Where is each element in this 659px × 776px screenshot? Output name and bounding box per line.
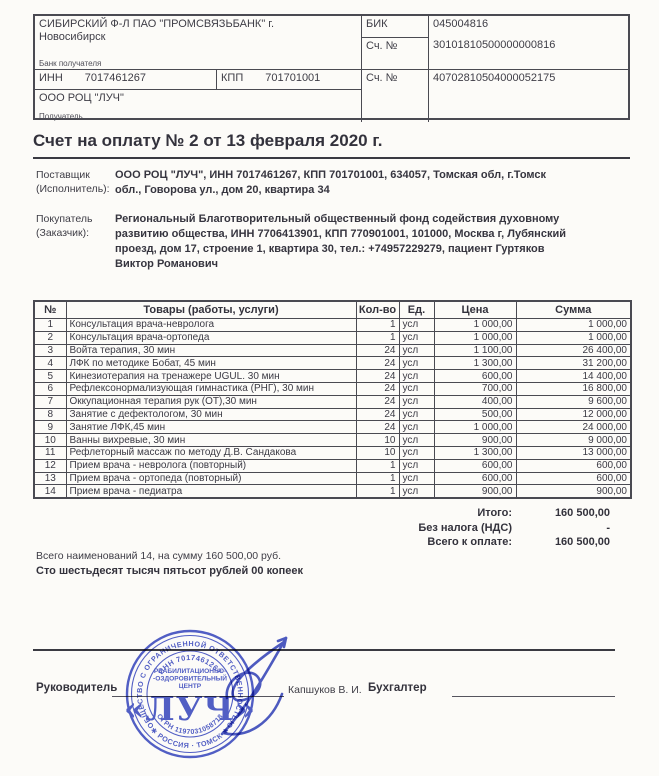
item-name-cell: Рефлексонормализующая гимнастика (РНГ), … <box>66 382 356 395</box>
item-number-cell: 4 <box>34 357 66 370</box>
item-number-cell: 8 <box>34 408 66 421</box>
item-sum-cell: 12 000,00 <box>516 408 631 421</box>
kpp-label: КПП <box>221 72 243 87</box>
supplier-label-line2: (Исполнитель): <box>36 182 115 196</box>
bank-name-cell: СИБИРСКИЙ Ф-Л ПАО "ПРОМСВЯЗЬБАНК" г. Нов… <box>35 16 362 70</box>
accountant-signature-line <box>452 696 615 697</box>
item-qty-cell: 24 <box>356 408 399 421</box>
item-name-cell: Оккупационная терапия рук (ОТ),30 мин <box>66 395 356 408</box>
item-qty-cell: 24 <box>356 370 399 383</box>
item-unit-cell: усл <box>399 395 434 408</box>
signature-strokes <box>222 638 286 734</box>
title-divider <box>33 157 630 159</box>
item-price-cell: 500,00 <box>434 408 516 421</box>
item-number-cell: 9 <box>34 421 66 434</box>
supplier-value-line: обл., Говорова ул., дом 20, квартира 34 <box>115 183 625 198</box>
item-sum-cell: 9 000,00 <box>516 434 631 447</box>
director-name: Капшуков В. И. <box>288 684 362 696</box>
item-row: 11Рефлеторный массаж по методу Д.В. Санд… <box>34 446 631 459</box>
item-price-cell: 700,00 <box>434 382 516 395</box>
tax-label: Без налога (НДС) <box>418 521 512 536</box>
buyer-value-line: развитию общества, ИНН 7706413901, КПП 7… <box>115 227 625 242</box>
item-name-cell: Войта терапия, 30 мин <box>66 344 356 357</box>
item-qty-cell: 24 <box>356 421 399 434</box>
item-name-cell: ЛФК по методике Бобат, 45 мин <box>66 357 356 370</box>
kpp-value: 701701001 <box>265 72 320 87</box>
inn-value: 7017461267 <box>85 72 146 87</box>
buyer-value-line: Виктор Романович <box>115 257 625 272</box>
item-number-cell: 11 <box>34 446 66 459</box>
item-price-cell: 900,00 <box>434 485 516 498</box>
item-number-cell: 14 <box>34 485 66 498</box>
item-unit-cell: усл <box>399 357 434 370</box>
item-number-cell: 2 <box>34 331 66 344</box>
item-sum-cell: 600,00 <box>516 472 631 485</box>
item-qty-cell: 1 <box>356 319 399 332</box>
buyer-label: Покупатель (Заказчик): <box>36 212 115 272</box>
item-number-cell: 13 <box>34 472 66 485</box>
item-unit-cell: усл <box>399 485 434 498</box>
item-row: 12Прием врача - невролога (повторный)1ус… <box>34 459 631 472</box>
item-price-cell: 1 100,00 <box>434 344 516 357</box>
item-sum-cell: 600,00 <box>516 459 631 472</box>
account-label: Сч. № <box>362 70 429 122</box>
item-row: 8Занятие с дефектологом, 30 мин24усл500,… <box>34 408 631 421</box>
item-name-cell: Рефлеторный массаж по методу Д.В. Сандак… <box>66 446 356 459</box>
supplier-section: Поставщик (Исполнитель): ООО РОЦ "ЛУЧ", … <box>36 168 625 198</box>
item-number-cell: 7 <box>34 395 66 408</box>
item-sum-cell: 900,00 <box>516 485 631 498</box>
item-qty-cell: 1 <box>356 459 399 472</box>
signature-divider <box>33 649 615 651</box>
bik-label: БИК <box>362 16 429 38</box>
total-row-tax: Без налога (НДС) - <box>418 521 610 536</box>
item-row: 3Войта терапия, 30 мин24усл1 100,0026 40… <box>34 344 631 357</box>
itogo-label: Итого: <box>477 506 512 521</box>
item-number-cell: 12 <box>34 459 66 472</box>
item-name-cell: Прием врача - невролога (повторный) <box>66 459 356 472</box>
bik-and-corr-account-values: 045004816 30101810500000000816 <box>429 16 628 70</box>
amount-in-words: Сто шестьдесят тысяч пятьсот рублей 00 к… <box>36 565 303 577</box>
buyer-label-line1: Покупатель <box>36 212 115 226</box>
bank-name-caption: Банк получателя <box>39 59 101 68</box>
director-label: Руководитель <box>36 682 117 694</box>
invoice-title: Счет на оплату № 2 от 13 февраля 2020 г. <box>33 131 382 151</box>
item-number-cell: 1 <box>34 319 66 332</box>
item-row: 1Консультация врача-невролога1усл1 000,0… <box>34 319 631 332</box>
supplier-value: ООО РОЦ "ЛУЧ", ИНН 7017461267, КПП 70170… <box>115 168 625 198</box>
item-unit-cell: усл <box>399 459 434 472</box>
accountant-label: Бухгалтер <box>368 682 427 694</box>
item-unit-cell: усл <box>399 434 434 447</box>
item-number-cell: 6 <box>34 382 66 395</box>
item-sum-cell: 1 000,00 <box>516 319 631 332</box>
buyer-section: Покупатель (Заказчик): Региональный Благ… <box>36 212 625 272</box>
item-number-cell: 10 <box>34 434 66 447</box>
supplier-label-line1: Поставщик <box>36 168 115 182</box>
item-name-cell: Прием врача - педиатра <box>66 485 356 498</box>
item-unit-cell: усл <box>399 421 434 434</box>
item-sum-cell: 9 600,00 <box>516 395 631 408</box>
item-number-cell: 3 <box>34 344 66 357</box>
col-header-unit: Ед. <box>399 301 434 319</box>
item-unit-cell: усл <box>399 319 434 332</box>
payee-caption: Получатель <box>39 112 83 121</box>
item-sum-cell: 1 000,00 <box>516 331 631 344</box>
item-name-cell: Занятие с дефектологом, 30 мин <box>66 408 356 421</box>
tax-value: - <box>512 521 610 536</box>
item-sum-cell: 16 800,00 <box>516 382 631 395</box>
item-sum-cell: 31 200,00 <box>516 357 631 370</box>
item-qty-cell: 10 <box>356 434 399 447</box>
total-row-payable: Всего к оплате: 160 500,00 <box>418 535 610 550</box>
item-row: 13Прием врача - ортопеда (повторный)1усл… <box>34 472 631 485</box>
item-price-cell: 600,00 <box>434 472 516 485</box>
item-number-cell: 5 <box>34 370 66 383</box>
item-price-cell: 1 300,00 <box>434 446 516 459</box>
corr-account-value: 30101810500000000816 <box>433 39 624 52</box>
item-unit-cell: усл <box>399 382 434 395</box>
item-unit-cell: усл <box>399 370 434 383</box>
items-table: № Товары (работы, услуги) Кол-во Ед. Цен… <box>33 300 632 499</box>
col-header-qty: Кол-во <box>356 301 399 319</box>
itogo-value: 160 500,00 <box>512 506 610 521</box>
item-sum-cell: 13 000,00 <box>516 446 631 459</box>
supplier-label: Поставщик (Исполнитель): <box>36 168 115 198</box>
item-row: 2Консультация врача-ортопеда1усл1 000,00… <box>34 331 631 344</box>
item-price-cell: 400,00 <box>434 395 516 408</box>
item-name-cell: Прием врача - ортопеда (повторный) <box>66 472 356 485</box>
item-row: 9Занятие ЛФК,45 мин24усл1 000,0024 000,0… <box>34 421 631 434</box>
item-row: 14Прием врача - педиатра1усл900,00900,00 <box>34 485 631 498</box>
bank-details-table: СИБИРСКИЙ Ф-Л ПАО "ПРОМСВЯЗЬБАНК" г. Нов… <box>33 14 630 120</box>
bank-name-line2: Новосибирск <box>39 31 357 44</box>
item-price-cell: 1 000,00 <box>434 421 516 434</box>
col-header-number: № <box>34 301 66 319</box>
item-price-cell: 1 000,00 <box>434 331 516 344</box>
item-price-cell: 900,00 <box>434 434 516 447</box>
item-sum-cell: 14 400,00 <box>516 370 631 383</box>
item-unit-cell: усл <box>399 344 434 357</box>
buyer-value: Региональный Благотворительный обществен… <box>115 212 625 272</box>
item-qty-cell: 10 <box>356 446 399 459</box>
invoice-document: СИБИРСКИЙ Ф-Л ПАО "ПРОМСВЯЗЬБАНК" г. Нов… <box>0 0 659 776</box>
supplier-value-line: ООО РОЦ "ЛУЧ", ИНН 7017461267, КПП 70170… <box>115 168 625 183</box>
item-unit-cell: усл <box>399 331 434 344</box>
item-price-cell: 600,00 <box>434 370 516 383</box>
payee-name: ООО РОЦ "ЛУЧ" <box>39 92 357 105</box>
account-value: 40702810504000052175 <box>429 70 628 122</box>
item-name-cell: Кинезиотерапия на тренажере UGUL. 30 мин <box>66 370 356 383</box>
kpp-cell: КПП 701701001 <box>217 70 362 90</box>
item-row: 4ЛФК по методике Бобат, 45 мин24усл1 300… <box>34 357 631 370</box>
item-qty-cell: 24 <box>356 344 399 357</box>
item-row: 6Рефлексонормализующая гимнастика (РНГ),… <box>34 382 631 395</box>
payable-value: 160 500,00 <box>512 535 610 550</box>
item-row: 7Оккупационная терапия рук (ОТ),30 мин24… <box>34 395 631 408</box>
payee-cell: ООО РОЦ "ЛУЧ" Получатель <box>35 90 362 122</box>
payable-label: Всего к оплате: <box>427 535 512 550</box>
item-name-cell: Консультация врача-невролога <box>66 319 356 332</box>
item-unit-cell: усл <box>399 472 434 485</box>
buyer-value-line: Региональный Благотворительный обществен… <box>115 212 625 227</box>
items-header-row: № Товары (работы, услуги) Кол-во Ед. Цен… <box>34 301 631 319</box>
item-qty-cell: 24 <box>356 395 399 408</box>
bik-value: 045004816 <box>433 18 624 39</box>
inn-label: ИНН <box>39 72 63 87</box>
total-row-itogo: Итого: 160 500,00 <box>418 506 610 521</box>
col-header-name: Товары (работы, услуги) <box>66 301 356 319</box>
item-qty-cell: 1 <box>356 485 399 498</box>
col-header-price: Цена <box>434 301 516 319</box>
buyer-value-line: проезд, дом 17, строение 1, квартира 30,… <box>115 242 625 257</box>
item-name-cell: Занятие ЛФК,45 мин <box>66 421 356 434</box>
item-unit-cell: усл <box>399 446 434 459</box>
item-qty-cell: 24 <box>356 382 399 395</box>
totals-block: Итого: 160 500,00 Без налога (НДС) - Все… <box>418 506 610 550</box>
item-price-cell: 600,00 <box>434 459 516 472</box>
item-qty-cell: 1 <box>356 472 399 485</box>
item-unit-cell: усл <box>399 408 434 421</box>
buyer-label-line2: (Заказчик): <box>36 226 115 240</box>
item-name-cell: Ванны вихревые, 30 мин <box>66 434 356 447</box>
corr-account-label: Сч. № <box>362 38 429 70</box>
item-name-cell: Консультация врача-ортопеда <box>66 331 356 344</box>
item-price-cell: 1 300,00 <box>434 357 516 370</box>
bank-name-line1: СИБИРСКИЙ Ф-Л ПАО "ПРОМСВЯЗЬБАНК" г. <box>39 18 357 31</box>
item-qty-cell: 24 <box>356 357 399 370</box>
inn-cell: ИНН 7017461267 <box>35 70 217 90</box>
item-sum-cell: 26 400,00 <box>516 344 631 357</box>
col-header-sum: Сумма <box>516 301 631 319</box>
item-row: 5Кинезиотерапия на тренажере UGUL. 30 ми… <box>34 370 631 383</box>
item-qty-cell: 1 <box>356 331 399 344</box>
items-count-line: Всего наименований 14, на сумму 160 500,… <box>36 550 281 562</box>
item-sum-cell: 24 000,00 <box>516 421 631 434</box>
item-price-cell: 1 000,00 <box>434 319 516 332</box>
item-row: 10Ванны вихревые, 30 мин10усл900,009 000… <box>34 434 631 447</box>
